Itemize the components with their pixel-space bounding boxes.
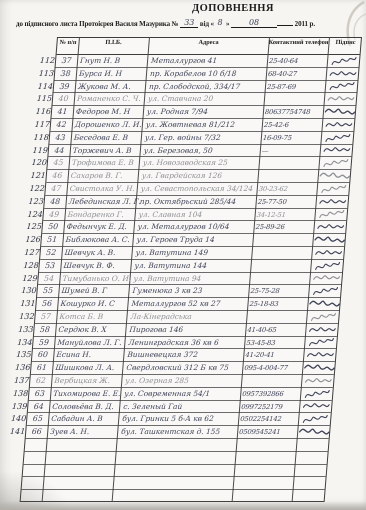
- row-margin-number: 133: [17, 324, 34, 337]
- signature-scribble-icon: [308, 323, 337, 335]
- doc-title: ДОПОВНЕННЯ: [192, 3, 274, 14]
- row-margin-number: 125: [25, 221, 42, 234]
- cell-number: 64: [28, 401, 50, 413]
- cell-phone: 25-75-28: [248, 285, 309, 297]
- cell-address: [116, 439, 237, 451]
- col-header-name: П.І.Б.: [78, 38, 149, 54]
- cell-name: Тихомирова Е. Е.: [50, 388, 121, 400]
- row-margin-number: 114: [36, 81, 53, 94]
- table-row: 122 47 Свистолка У. Н. ул. Севастопольск…: [45, 183, 349, 196]
- cell-address: Ла-Кінерадська: [126, 311, 247, 323]
- signature-scribble-icon: [325, 119, 354, 131]
- cell-name: Жукова М. А.: [75, 81, 146, 93]
- signature-scribble-icon: [323, 144, 352, 156]
- cell-address: ул. Ватутина 94: [129, 273, 250, 285]
- cell-number: 51: [41, 234, 63, 246]
- scan-edge-shadow: [0, 501, 366, 510]
- cell-number: 65: [27, 413, 49, 425]
- cell-phone: [258, 157, 319, 169]
- cell-name: Бурса И. Н: [76, 68, 147, 80]
- row-margin-number: 140: [10, 413, 27, 426]
- row-margin-number: 119: [31, 145, 48, 158]
- cell-signature: [293, 477, 328, 489]
- cell-number: 47: [45, 183, 67, 195]
- cell-phone: 25-42-6: [261, 119, 322, 131]
- cell-number: 37: [56, 55, 78, 67]
- row-margin-number: 124: [26, 209, 43, 222]
- row-margin-number: 138: [12, 388, 29, 401]
- cell-address: пр. Октябрьский 285/44: [135, 196, 256, 208]
- table-row: 121 46 Сахаров В. Г. ул. Гвардейская 126: [46, 170, 350, 183]
- cell-name: Романенко С. Ч.: [74, 93, 145, 105]
- cell-signature: [307, 298, 342, 310]
- table-row: 120 45 Трофимова Е. В ул. Новозаводская …: [47, 157, 351, 170]
- row-margin-number: 129: [21, 273, 38, 286]
- cell-name: Сабадин А. В: [48, 413, 119, 425]
- cell-signature: [300, 388, 335, 400]
- cell-address: ул. Новозаводская 25: [138, 157, 259, 169]
- cell-phone: 25-77-50: [255, 196, 316, 208]
- cell-address: пр. Корабелов 10 б/18: [146, 68, 267, 80]
- cell-number: 61: [31, 362, 53, 374]
- row-margin-number: 115: [35, 93, 52, 106]
- cell-name: Федоров М. Н: [72, 106, 143, 118]
- cell-signature: [319, 145, 354, 157]
- row-margin-number: 139: [11, 401, 28, 414]
- cell-number: 39: [54, 81, 76, 93]
- cell-number: 56: [36, 298, 58, 310]
- row-margin-number: 137: [13, 375, 30, 388]
- cell-number: 59: [33, 337, 55, 349]
- cell-signature: [294, 465, 329, 477]
- cell-address: ул. Березовая, 50: [139, 145, 260, 157]
- signature-scribble-icon: [312, 272, 341, 284]
- cell-phone: 25-89-26: [253, 221, 314, 233]
- signature-scribble-icon: [329, 80, 355, 93]
- cell-name: Свистолка У. Н.: [66, 183, 137, 195]
- row-margin-number: 122: [28, 183, 45, 196]
- cell-number: 55: [37, 285, 59, 297]
- table-header-row: № п/п П.І.Б. Адреса Контактний телефон П…: [57, 38, 361, 55]
- row-margin-number: 120: [30, 157, 47, 170]
- row-margin-number: 117: [33, 119, 50, 132]
- cell-address: бул. Ташкентская д. 155: [117, 426, 238, 438]
- cell-phone: 53-45-83: [244, 337, 305, 349]
- cell-name: Шевчук А. В.: [61, 247, 132, 259]
- col-header-signature: Підпис: [328, 38, 363, 54]
- cell-signature: [297, 426, 332, 438]
- table-row: 140 65 Сабадин А. В бул. Гринки 5 б-А кв…: [27, 413, 331, 426]
- cell-signature: [311, 247, 346, 259]
- cell-address: Металлургов 41: [147, 55, 268, 67]
- table-row: 124 49 Бондаренко Г. ул. Славная 104 34-…: [43, 209, 347, 222]
- row-margin-number: 135: [15, 349, 32, 362]
- cell-signature: [302, 362, 337, 374]
- cell-number: 45: [47, 157, 69, 169]
- cell-phone: 0997252179: [239, 401, 300, 413]
- cell-signature: [325, 81, 360, 93]
- row-margin-number: 136: [14, 362, 31, 375]
- cell-number: [24, 452, 46, 464]
- cell-number: 40: [53, 93, 75, 105]
- signature-scribble-icon: [304, 387, 330, 400]
- row-margin-number: 121: [29, 170, 46, 183]
- cell-signature: [327, 55, 362, 67]
- cell-signature: [312, 234, 347, 246]
- cell-phone: 25-87-69: [265, 81, 326, 93]
- signature-scribble-icon: [314, 259, 340, 272]
- row-margin-number: 118: [32, 132, 49, 145]
- table-row: 114 39 Жукова М. А. пр. Слободской, 334/…: [53, 81, 357, 94]
- table-row: 133 58 Сердюк В. Х Пирогова 146 41-40-65: [34, 324, 338, 337]
- cell-phone: [235, 452, 296, 464]
- table-row: 132 57 Котса Б. В Ла-Кінерадська: [35, 311, 339, 324]
- cell-number: 60: [32, 349, 54, 361]
- table-row: 134 59 Мануйлова Л. Г. Ленинградская 36 …: [33, 337, 337, 350]
- cell-number: 49: [43, 209, 65, 221]
- row-margin-number: 112: [39, 55, 56, 68]
- subtitle-prefix: до підписного листа Протоієрея Василя Ма…: [16, 20, 179, 28]
- cell-phone: 25-18-83: [247, 298, 308, 310]
- signature-scribble-icon: [325, 131, 351, 144]
- table-row: 129 54 Тимубанько О. И. ул. Ватутина 94: [38, 273, 342, 286]
- cell-address: Гуменюка 3 кв 23: [128, 285, 249, 297]
- cell-number: 41: [51, 106, 73, 118]
- cell-signature: [316, 183, 351, 195]
- vid-word: від «: [200, 20, 214, 28]
- cell-address: ул. Родная 7/94: [142, 106, 263, 118]
- signature-scribble-icon: [329, 67, 358, 79]
- table-row: 128 53 Шевчук В. Ф. ул. Ватутина 144: [39, 260, 343, 273]
- col-header-address: Адреса: [148, 38, 269, 54]
- scanned-page: ДОПОВНЕННЯ до підписного листа Протоієре…: [0, 0, 366, 510]
- signature-scribble-icon: [314, 247, 343, 259]
- cell-number: 63: [29, 388, 51, 400]
- cell-number: 58: [34, 324, 56, 336]
- cell-address: ул. Жовтневая 81/212: [141, 119, 262, 131]
- cell-number: 50: [42, 221, 64, 233]
- quote-close: »: [226, 20, 229, 28]
- cell-phone: 80637754748: [262, 106, 323, 118]
- cell-address: пр. Слободской, 334/17: [145, 81, 266, 93]
- cell-address: ул. Славная 104: [134, 209, 255, 221]
- cell-address: Ленинградская 36 кв 6: [124, 337, 245, 349]
- row-margin-number: 116: [34, 106, 51, 119]
- table-row: 117 42 Дорошенко Л. И. ул. Жовтневая 81/…: [50, 119, 354, 132]
- table-row: 112 37 Гнут Н. В Металлургов 41 25-40-64: [56, 55, 360, 68]
- cell-name: [45, 452, 116, 464]
- cell-address: [115, 452, 236, 464]
- cell-phone: [241, 375, 302, 387]
- cell-address: ул. Гер. войны 7/32: [140, 132, 261, 144]
- cell-number: 62: [30, 375, 52, 387]
- cell-signature: [295, 452, 330, 464]
- cell-phone: [236, 439, 297, 451]
- table-row: 139 64 Соловьёва В. Д. с. Зеленый Гай 09…: [28, 401, 332, 414]
- table-row: 127 52 Шевчук А. В. ул. Ватутина 149: [40, 247, 344, 260]
- day-handwritten: 8: [214, 18, 226, 27]
- cell-phone: 16-09-75: [260, 132, 321, 144]
- row-margin-number: 128: [22, 260, 39, 273]
- cell-signature: [309, 273, 344, 285]
- cell-number: 48: [44, 196, 66, 208]
- cell-address: ул. Металлургов 10/64: [133, 221, 254, 233]
- table-row: 125 50 Федынчук Е. Д. ул. Металлургов 10…: [42, 221, 346, 234]
- cell-phone: [234, 465, 295, 477]
- row-margin-number: 126: [24, 234, 41, 247]
- cell-phone: [257, 170, 318, 182]
- cell-phone: 0502254142: [238, 413, 299, 425]
- cell-phone: 68-40-27: [266, 68, 327, 80]
- cell-signature: [306, 311, 341, 323]
- cell-signature: [317, 170, 352, 182]
- row-margin-number: 113: [37, 68, 54, 81]
- table-body: 112 37 Гнут Н. В Металлургов 41 25-40-64…: [21, 55, 360, 503]
- cell-signature: [320, 132, 355, 144]
- table-row: 118 43 Беседова Е. В ул. Гер. войны 7/32…: [49, 132, 353, 145]
- row-margin-number: 127: [23, 247, 40, 260]
- row-margin-number: 141: [9, 426, 26, 439]
- cell-address: Пирогова 146: [125, 324, 246, 336]
- cell-name: Сахаров В. Г.: [67, 170, 138, 182]
- cell-address: ул. Озерная 285: [121, 375, 242, 387]
- table-row: [25, 439, 329, 452]
- cell-address: ул. Севастопольская 34/124: [136, 183, 257, 195]
- signature-scribble-icon: [304, 375, 333, 387]
- table-row: 130 55 Шумей В. Г Гуменюка 3 кв 23 25-75…: [37, 285, 341, 298]
- cell-address: Вишневецкая 372: [123, 349, 244, 361]
- cell-name: Гнут Н. В: [77, 55, 148, 67]
- table-row: 123 48 Лебединская Л. Г. пр. Октябрьский…: [44, 196, 348, 209]
- cell-name: Шевчук В. Ф.: [60, 260, 131, 272]
- cell-number: 43: [49, 132, 71, 144]
- signature-scribble-icon: [318, 208, 344, 221]
- cell-name: Шумей В. Г: [58, 285, 129, 297]
- cell-address: [114, 465, 235, 477]
- cell-phone: 0957392866: [240, 388, 301, 400]
- table-row: 126 51 Библюкова А. С. ул. Героев Труда …: [41, 234, 345, 247]
- protocol-number-handwritten: 33: [180, 18, 198, 28]
- cell-phone: 34-12-51: [254, 209, 315, 221]
- cell-name: Мануйлова Л. Г.: [54, 337, 125, 349]
- cell-address: с. Зеленый Гай: [119, 401, 240, 413]
- cell-number: 53: [39, 260, 61, 272]
- table-row: 141 66 Зуев А. Н. бул. Ташкентская д. 15…: [26, 426, 330, 439]
- signature-scribble-icon: [318, 195, 347, 207]
- cell-name: Библюкова А. С.: [62, 234, 133, 246]
- cell-phone: 0509545241: [237, 426, 298, 438]
- cell-name: Тимубанько О. И.: [59, 273, 130, 285]
- signature-table: № п/п П.І.Б. Адреса Контактний телефон П…: [20, 37, 362, 502]
- doc-subtitle: до підписного листа Протоієрея Василя Ма…: [16, 19, 364, 29]
- cell-address: [113, 477, 234, 489]
- row-margin-number: 131: [19, 298, 36, 311]
- cell-phone: 095-4-004-77: [242, 362, 303, 374]
- signature-scribble-icon: [302, 400, 331, 412]
- signature-scribble-icon: [310, 310, 336, 323]
- col-header-number: № п/п: [57, 38, 79, 54]
- cell-number: 42: [50, 119, 72, 131]
- cell-name: Сердюк В. Х: [55, 324, 126, 336]
- cell-name: Лебединская Л. Г.: [65, 196, 136, 208]
- cell-phone: [264, 93, 325, 105]
- cell-signature: [299, 401, 334, 413]
- cell-phone: [233, 477, 294, 489]
- cell-address: ул. Героев Труда 14: [132, 234, 253, 246]
- cell-name: Кошурко И. С: [57, 298, 128, 310]
- cell-signature: [315, 196, 350, 208]
- cell-name: Зуев А. Н.: [47, 426, 118, 438]
- cell-number: 66: [26, 426, 48, 438]
- cell-address: Металлургов 52 кв 27: [127, 298, 248, 310]
- cell-name: Трофимова Е. В: [68, 157, 139, 169]
- cell-name: Шишкова Л. А.: [52, 362, 123, 374]
- cell-name: Дорошенко Л. И.: [71, 119, 142, 131]
- cell-signature: [326, 68, 361, 80]
- cell-number: 54: [38, 273, 60, 285]
- cell-name: Соловьёва В. Д.: [49, 401, 120, 413]
- cell-address: Свердловский 312 Б кв 75: [122, 362, 243, 374]
- cell-signature: [296, 439, 331, 451]
- row-margin-number: 130: [20, 285, 37, 298]
- cell-signature: [314, 209, 349, 221]
- cell-name: Беседова Е. В: [70, 132, 141, 144]
- cell-phone: [252, 234, 313, 246]
- cell-address: ул. Гвардейская 126: [137, 170, 258, 182]
- signature-scribble-icon: [331, 54, 357, 67]
- signature-scribble-icon: [308, 336, 334, 349]
- table-row: 113 38 Бурса И. Н пр. Корабелов 10 б/18 …: [54, 68, 358, 81]
- cell-number: 52: [40, 247, 62, 259]
- col-header-phone: Контактний телефон: [268, 38, 329, 54]
- cell-phone: 41-20-41: [243, 349, 304, 361]
- cell-name: [46, 439, 117, 451]
- row-margin-number: 123: [27, 196, 44, 209]
- row-margin-number: 132: [18, 311, 35, 324]
- table-row: 137 62 Вербицкая Ж. ул. Озерная 285: [30, 375, 334, 388]
- signature-scribble-icon: [321, 182, 347, 195]
- cell-name: Торжевич А. В: [69, 145, 140, 157]
- table-row: 138 63 Тихомирова Е. Е. ул. Современная …: [29, 388, 333, 401]
- cell-number: 57: [35, 311, 57, 323]
- table-row: 131 56 Кошурко И. С Металлургов 52 кв 27…: [36, 298, 340, 311]
- cell-address: ул. Ватутина 149: [131, 247, 252, 259]
- cell-address: бул. Гринки 5 б-А кв 62: [118, 413, 239, 425]
- table-row: 115 40 Романенко С. Ч. ул. Ставчана 20: [52, 93, 356, 106]
- cell-signature: [304, 337, 339, 349]
- cell-address: ул. Ставчана 20: [144, 93, 265, 105]
- cell-address: ул. Ватутина 144: [130, 260, 251, 272]
- cell-phone: 30-23-62: [256, 183, 317, 195]
- cell-phone: [249, 273, 310, 285]
- cell-phone: 41-40-65: [245, 324, 306, 336]
- cell-number: 44: [48, 145, 70, 157]
- cell-phone: [251, 247, 312, 259]
- cell-phone: —: [259, 145, 320, 157]
- cell-address: ул. Современная 54/1: [120, 388, 241, 400]
- table-row: 119 44 Торжевич А. В ул. Березовая, 50 —: [48, 145, 352, 158]
- cell-name: Бондаренко Г.: [64, 209, 135, 221]
- table-row: 116 41 Федоров М. Н ул. Родная 7/94 8063…: [51, 106, 355, 119]
- cell-signature: [322, 106, 357, 118]
- cell-phone: 25-40-64: [267, 55, 328, 67]
- table-row: [24, 452, 328, 465]
- blank-underline: [277, 25, 293, 26]
- cell-name: Есина Н.: [53, 349, 124, 361]
- cell-name: Вербицкая Ж.: [51, 375, 122, 387]
- cell-signature: [305, 324, 340, 336]
- cell-number: 46: [46, 170, 68, 182]
- year-label: 2011 р.: [295, 20, 315, 28]
- cell-signature: [321, 119, 356, 131]
- table-row: 136 61 Шишкова Л. А. Свердловский 312 Б …: [31, 362, 335, 375]
- cell-phone: [250, 260, 311, 272]
- cell-number: 38: [55, 68, 77, 80]
- cell-name: Котса Б. В: [56, 311, 127, 323]
- month-handwritten: 08: [231, 18, 277, 28]
- cell-number: [25, 439, 47, 451]
- cell-phone: [246, 311, 307, 323]
- table-row: 135 60 Есина Н. Вишневецкая 372 41-20-41: [32, 349, 336, 362]
- cell-signature: [310, 260, 345, 272]
- cell-signature: [301, 375, 336, 387]
- row-margin-number: 134: [16, 337, 33, 350]
- cell-name: Федынчук Е. Д.: [63, 221, 134, 233]
